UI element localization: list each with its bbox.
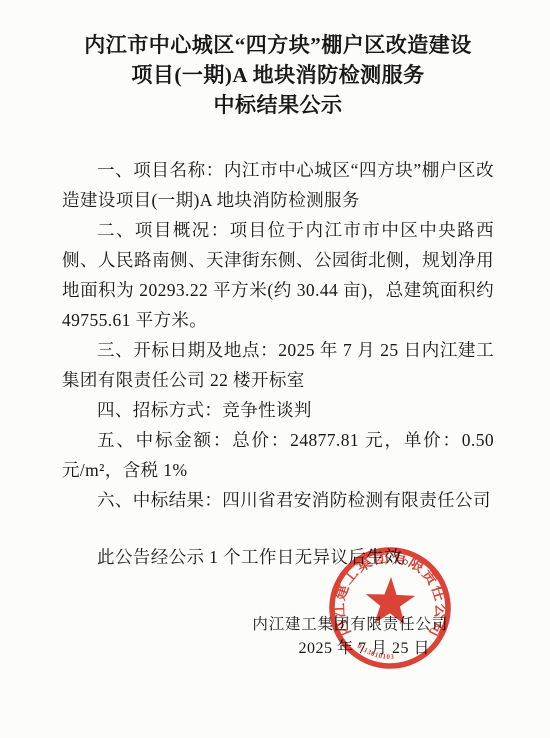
- seal-star-icon: [365, 576, 416, 625]
- title-line-2: 项目(一期)A 地块消防检测服务: [62, 60, 494, 90]
- title-line-3: 中标结果公示: [62, 90, 494, 120]
- para-bid-amount: 五、中标金额：总价：24877.81 元，单价：0.50 元/m²，含税 1%: [62, 425, 494, 485]
- para-bid-result: 六、中标结果：四川省君安消防检测有限责任公司: [62, 485, 494, 515]
- document-body: 一、项目名称：内江市中心城区“四方块”棚户区改造建设项目(一期)A 地块消防检测…: [62, 155, 494, 572]
- para-tender-method: 四、招标方式：竞争性谈判: [62, 395, 494, 425]
- company-seal-stamp: 内江建工集团有限责任公司 0113010103: [324, 542, 456, 674]
- para-project-overview: 二、项目概况：项目位于内江市市中区中央路西侧、人民路南侧、天津街东侧、公园街北侧…: [62, 215, 494, 335]
- title-line-1: 内江市中心城区“四方块”棚户区改造建设: [62, 30, 494, 60]
- announcement-page: 内江市中心城区“四方块”棚户区改造建设 项目(一期)A 地块消防检测服务 中标结…: [0, 0, 550, 738]
- para-bid-opening: 三、开标日期及地点：2025 年 7 月 25 日内江建工集团有限责任公司 22…: [62, 335, 494, 395]
- document-title: 内江市中心城区“四方块”棚户区改造建设 项目(一期)A 地块消防检测服务 中标结…: [62, 30, 494, 120]
- para-project-name: 一、项目名称：内江市中心城区“四方块”棚户区改造建设项目(一期)A 地块消防检测…: [62, 155, 494, 215]
